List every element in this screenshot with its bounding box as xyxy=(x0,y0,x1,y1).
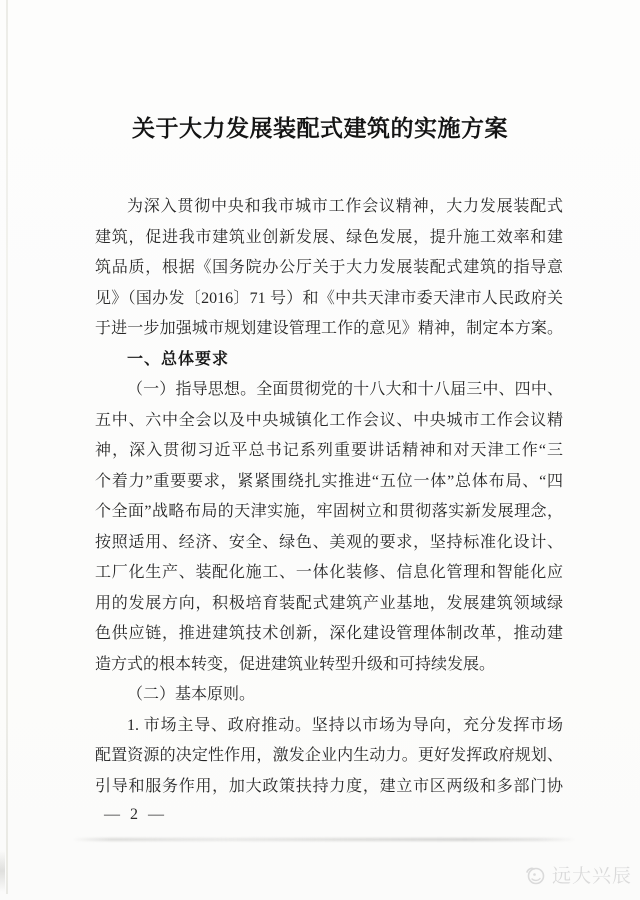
document-line: 按照适用、经济、安全、绿色、美观的要求，坚持标准化设计、 xyxy=(95,528,563,559)
document-line: 为深入贯彻中央和我市城市工作会议精神，大力发展装配式 xyxy=(95,192,563,223)
document-line: 筑品质，根据《国务院办公厅关于大力发展装配式建筑的指导意 xyxy=(95,253,563,284)
document-line: 1. 市场主导、政府推动。坚持以市场为导向，充分发挥市场 xyxy=(95,711,563,742)
section-heading: 一、总体要求 xyxy=(95,345,563,376)
yuanda-logo-icon xyxy=(523,863,547,887)
document-line: 配置资源的决定性作用，激发企业内生动力。更好发挥政府规划、 xyxy=(95,741,563,772)
watermark: 远大兴辰 xyxy=(523,861,632,888)
document-line: 于进一步加强城市规划建设管理工作的意见》精神，制定本方案。 xyxy=(95,314,563,345)
page-number: — 2 — xyxy=(104,806,167,824)
subsection-heading: （二）基本原则。 xyxy=(95,680,563,711)
document-line: 工厂化生产、装配化施工、一体化装修、信息化管理和智能化应 xyxy=(95,558,563,589)
document-line: 个全面”战略布局的天津实施，牢固树立和贯彻落实新发展理念， xyxy=(95,497,563,528)
document-line: 个着力”重要要求，紧紧围绕扎实推进“五位一体”总体布局、“四 xyxy=(95,467,563,498)
scanned-document-page: 关于大力发展装配式建筑的实施方案 为深入贯彻中央和我市城市工作会议精神，大力发展… xyxy=(0,0,640,900)
document-line: 神，深入贯彻习近平总书记系列重要讲话精神和对天津工作“三 xyxy=(95,436,563,467)
document-line: 造方式的根本转变，促进建筑业转型升级和可持续发展。 xyxy=(95,650,563,681)
document-title: 关于大力发展装配式建筑的实施方案 xyxy=(70,110,570,143)
document-line: 色供应链，推进建筑技术创新，深化建设管理体制改革，推动建 xyxy=(95,619,563,650)
document-line: 见》（国办发〔2016〕71 号）和《中共天津市委天津市人民政府关 xyxy=(95,284,563,315)
scan-corner-shade xyxy=(0,850,5,892)
document-body: 为深入贯彻中央和我市城市工作会议精神，大力发展装配式 建筑，促进我市建筑业创新发… xyxy=(95,192,563,802)
scan-crease-shadow xyxy=(72,838,577,841)
document-line: 引导和服务作用，加大政策扶持力度，建立市区两级和多部门协 xyxy=(95,772,563,803)
document-line: 建筑，促进我市建筑业创新发展、绿色发展，提升施工效率和建 xyxy=(95,223,563,254)
watermark-label: 远大兴辰 xyxy=(552,861,632,888)
document-line: 五中、六中全会以及中央城镇化工作会议、中央城市工作会议精 xyxy=(95,406,563,437)
document-line: 用的发展方向，积极培育装配式建筑产业基地，发展建筑领域绿 xyxy=(95,589,563,620)
page-edge-shadow xyxy=(6,0,8,894)
document-line: （一）指导思想。全面贯彻党的十八大和十八届三中、四中、 xyxy=(95,375,563,406)
